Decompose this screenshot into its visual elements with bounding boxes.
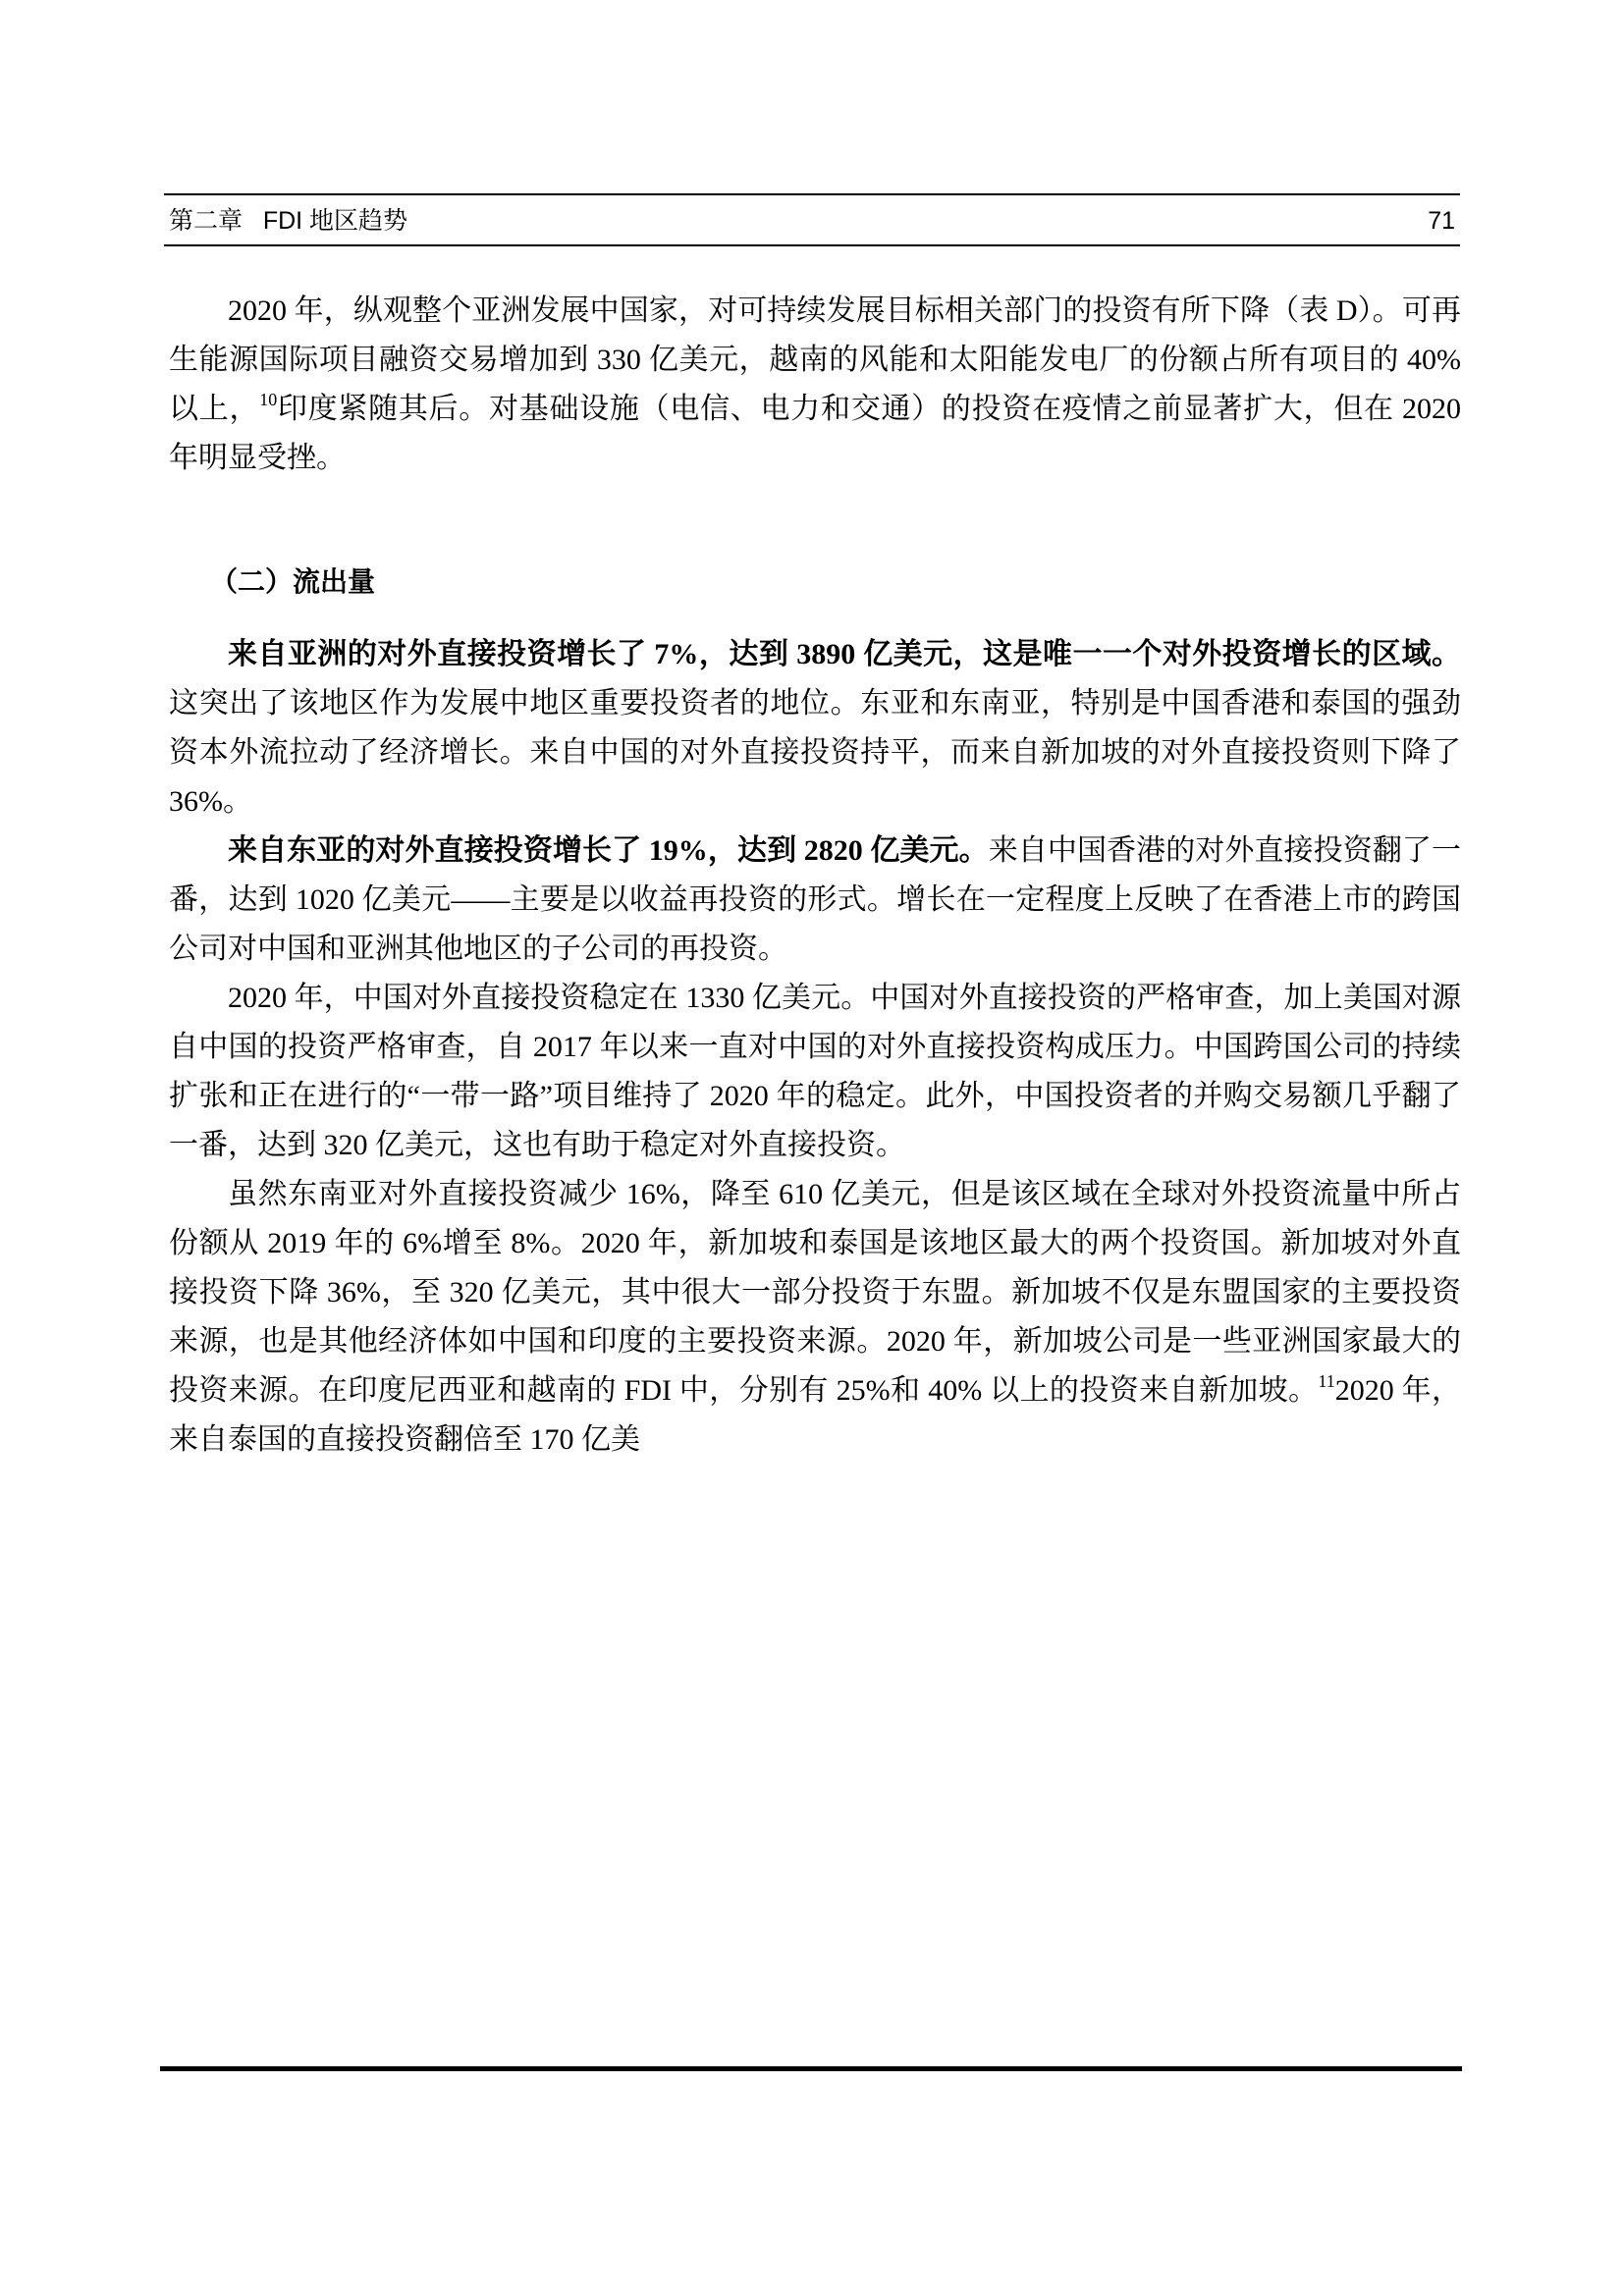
header-bottom-rule [164,244,1460,246]
paragraph-text: 虽然东南亚对外直接投资减少 16%，降至 610 亿美元，但是该区域在全球对外投… [169,1178,1461,1407]
header-top-rule [164,193,1460,195]
footnote-ref-10: 10 [259,390,277,409]
section-heading-outflows: （二）流出量 [169,558,1461,607]
body-text: 2020 年，纵观整个亚洲发展中国家，对可持续发展目标相关部门的投资有所下降（表… [169,287,1461,1465]
document-page: 第二章 FDI 地区趋势 71 2020 年，纵观整个亚洲发展中国家，对可持续发… [0,0,1624,2296]
paragraph-lead-bold: 来自东亚的对外直接投资增长了 19%，达到 2820 亿美元。 [228,834,989,867]
footnote-ref-11: 11 [1318,1371,1334,1391]
paragraph-text: 印度紧随其后。对基础设施（电信、电力和交通）的投资在疫情之前显著扩大，但在 20… [169,393,1461,474]
page-number: 71 [1428,202,1457,240]
paragraph-east-asia-outflows: 来自东亚的对外直接投资增长了 19%，达到 2820 亿美元。来自中国香港的对外… [169,827,1461,974]
paragraph-lead-bold: 来自亚洲的对外直接投资增长了 7%，达到 3890 亿美元，这是唯一一个对外投资… [228,638,1461,670]
footer-rule [160,2066,1462,2071]
paragraph-southeast-asia-outflows: 虽然东南亚对外直接投资减少 16%，降至 610 亿美元，但是该区域在全球对外投… [169,1170,1461,1465]
paragraph-text: 2020 年，中国对外直接投资稳定在 1330 亿美元。中国对外直接投资的严格审… [169,982,1461,1161]
chapter-title: 第二章 FDI 地区趋势 [169,202,407,240]
running-header: 第二章 FDI 地区趋势 71 [169,202,1457,240]
paragraph-sdg-investment: 2020 年，纵观整个亚洲发展中国家，对可持续发展目标相关部门的投资有所下降（表… [169,287,1461,483]
paragraph-text: 这突出了该地区作为发展中地区重要投资者的地位。东亚和东南亚，特别是中国香港和泰国… [169,687,1461,818]
paragraph-china-outflows: 2020 年，中国对外直接投资稳定在 1330 亿美元。中国对外直接投资的严格审… [169,974,1461,1170]
paragraph-asia-outflows: 来自亚洲的对外直接投资增长了 7%，达到 3890 亿美元，这是唯一一个对外投资… [169,630,1461,827]
